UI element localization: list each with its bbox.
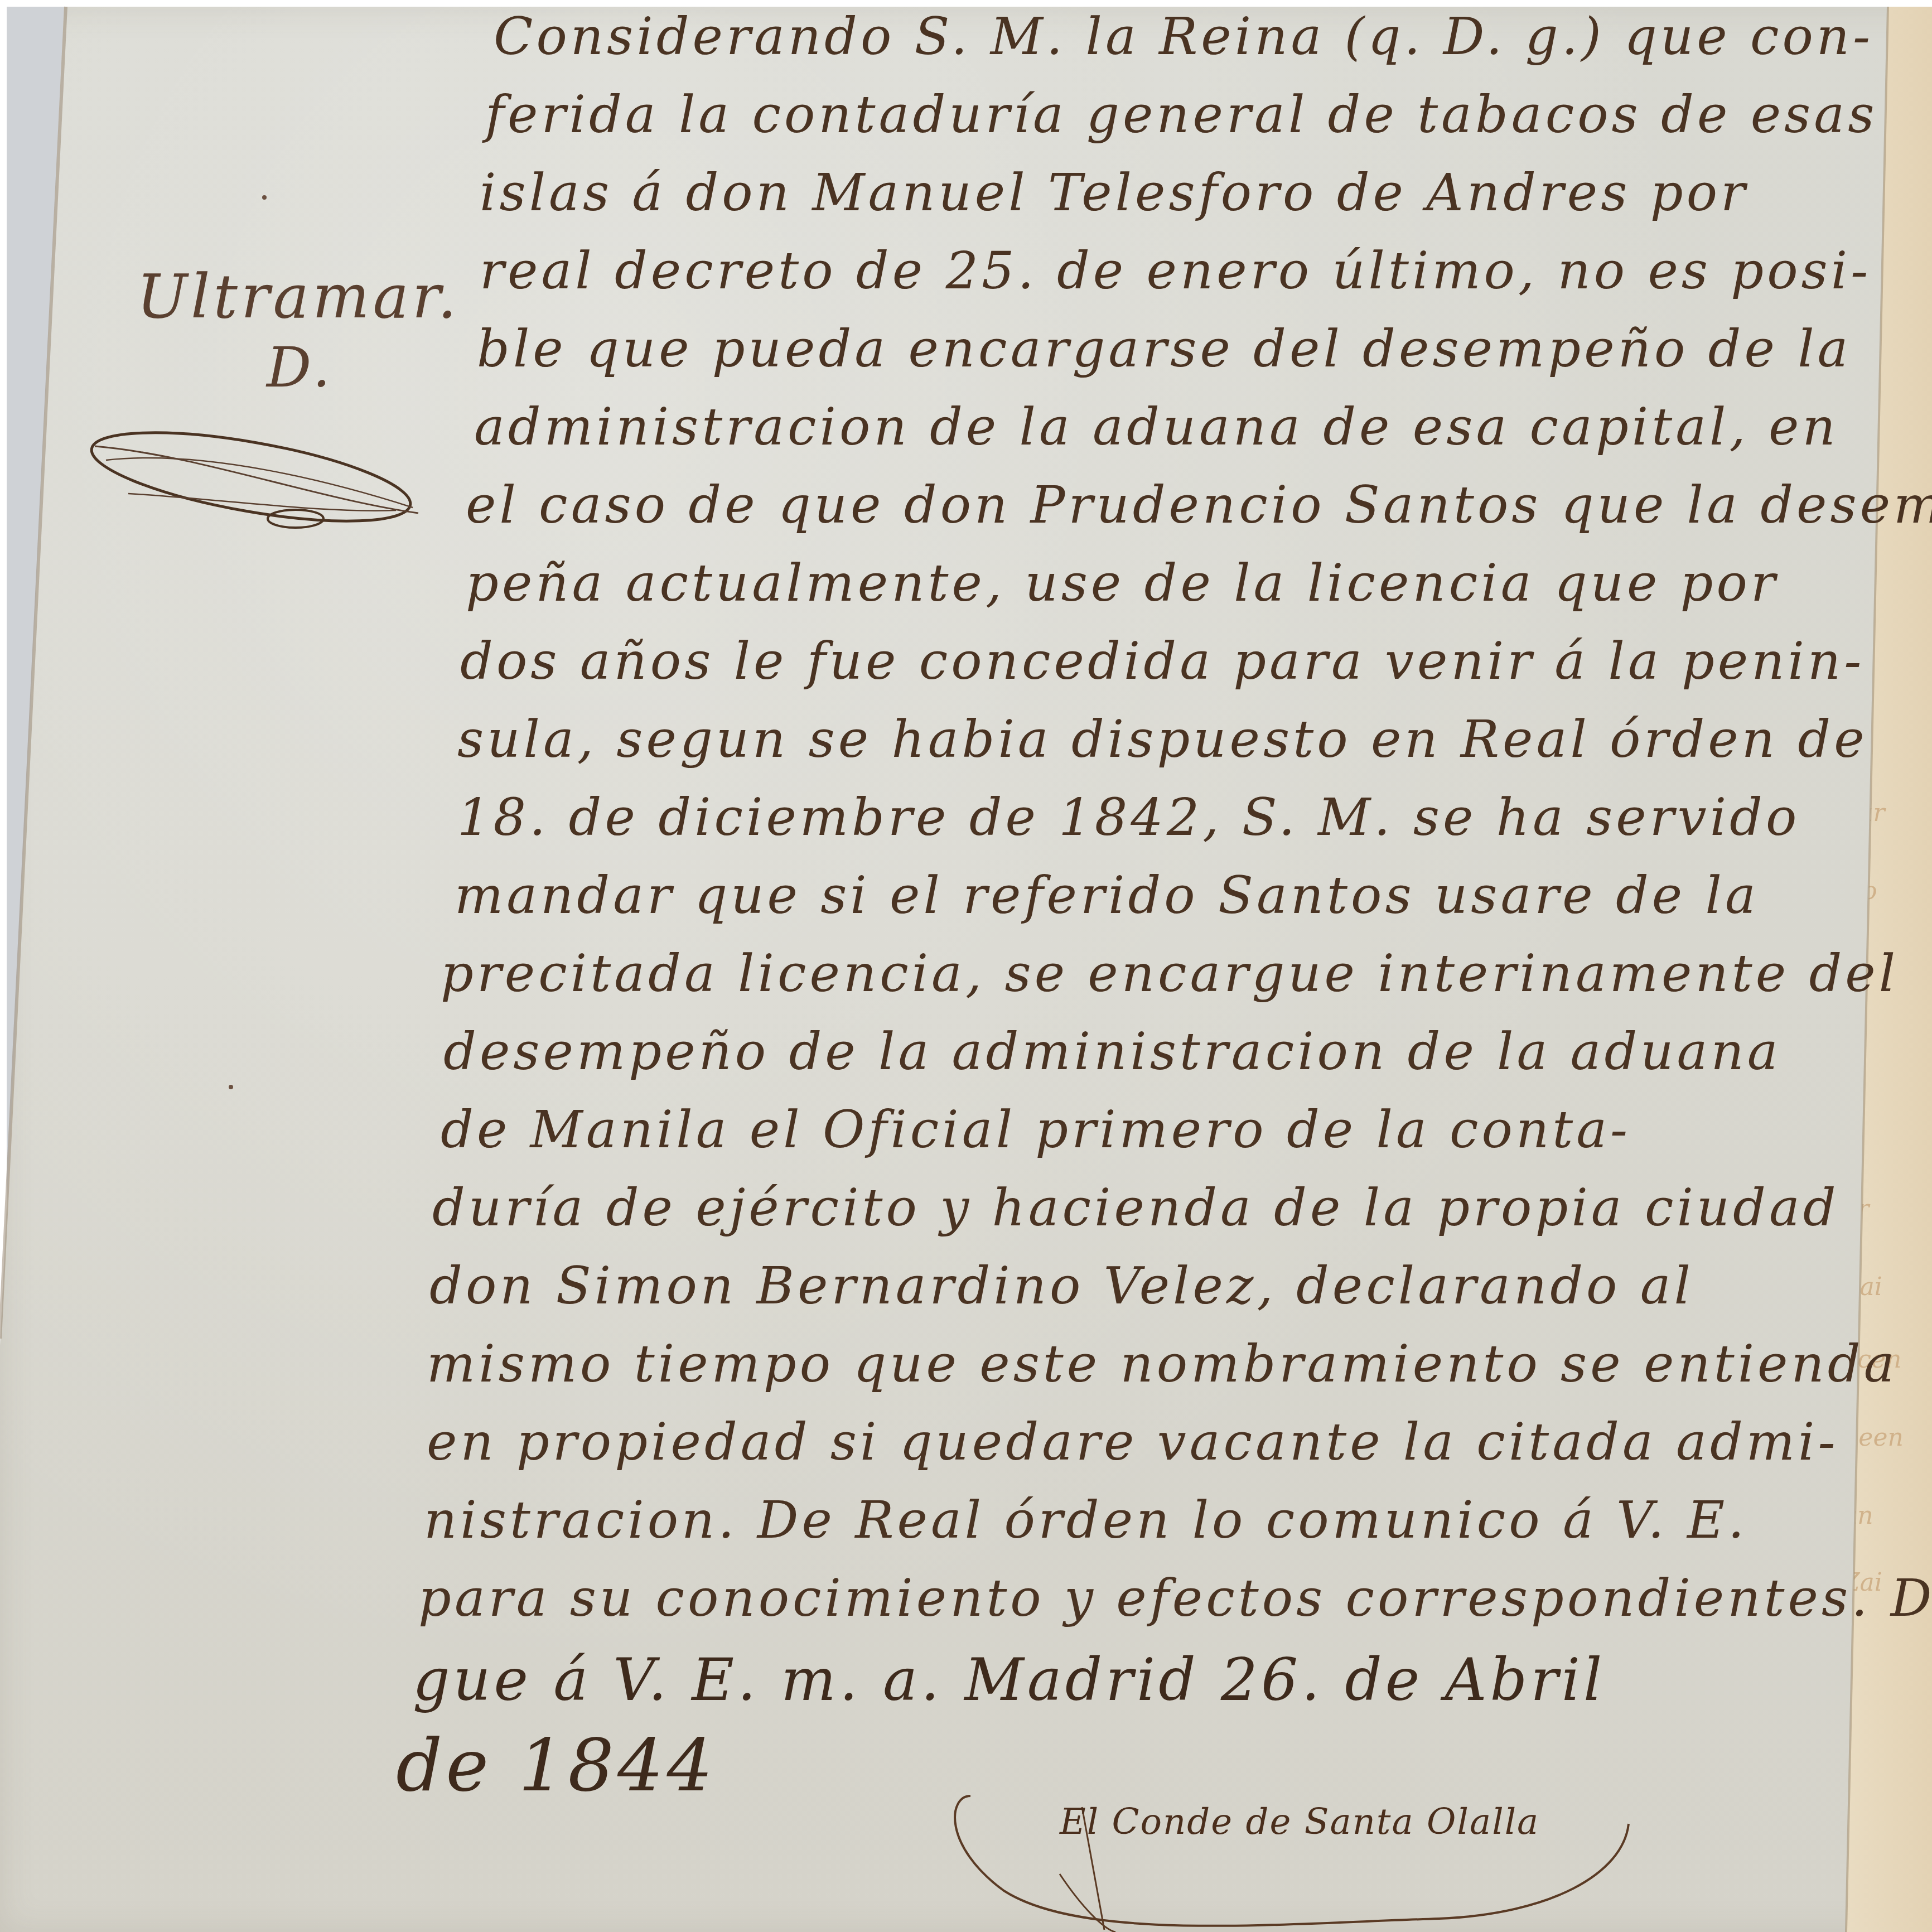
body-line-1: Considerando S. M. la Reina (q. D. g.) q…	[494, 11, 1873, 62]
body-line-7: el caso de que don Prudencio Santos que …	[466, 480, 1932, 531]
ink-dot	[262, 195, 267, 200]
body-line-19: en propiedad si quedare vacante la citad…	[427, 1417, 1839, 1468]
body-line-3: islas á don Manuel Telesforo de Andres p…	[480, 167, 1749, 219]
body-line-12: mandar que si el referido Santos usare d…	[455, 870, 1759, 921]
body-line-18: mismo tiempo que este nombramiento se en…	[427, 1339, 1898, 1390]
body-line-15: de Manila el Oficial primero de la conta…	[441, 1104, 1631, 1156]
body-line-16: duría de ejército y hacienda de la propi…	[432, 1182, 1839, 1234]
date-year-line: de 1844	[396, 1729, 716, 1801]
paraph-flourish-icon	[84, 416, 429, 538]
body-line-17: don Simon Bernardino Velez, declarando a…	[429, 1260, 1694, 1312]
margin-heading: Ultramar.	[137, 262, 460, 332]
body-line-5: ble que pueda encargarse del desempeño d…	[477, 323, 1851, 375]
ink-dot	[229, 1085, 233, 1089]
margin-initial: D.	[267, 335, 334, 400]
body-line-11: 18. de diciembre de 1842, S. M. se ha se…	[457, 792, 1800, 843]
body-line-6: administracion de la aduana de esa capit…	[474, 402, 1839, 453]
body-line-2: ferida la contaduría general de tabacos …	[485, 89, 1877, 141]
body-line-4: real decreto de 25. de enero último, no …	[480, 245, 1871, 297]
signature: El Conde de Santa Olalla	[1060, 1801, 1539, 1843]
body-line-8: peña actualmente, use de la licencia que…	[466, 558, 1779, 609]
body-line-9: dos años le fue concedida para venir á l…	[460, 636, 1865, 687]
body-line-21: para su conocimiento y efectos correspon…	[418, 1573, 1932, 1624]
body-line-20: nistracion. De Real órden lo comunico á …	[424, 1495, 1747, 1546]
closing-line: gue á V. E. m. a. Madrid 26. de Abril	[413, 1651, 1605, 1709]
body-line-14: desempeño de la administracion de la adu…	[443, 1026, 1781, 1078]
body-line-13: precitada licencia, se encargue interina…	[441, 948, 1899, 999]
body-line-10: sula, segun se habia dispuesto en Real ó…	[457, 714, 1868, 765]
